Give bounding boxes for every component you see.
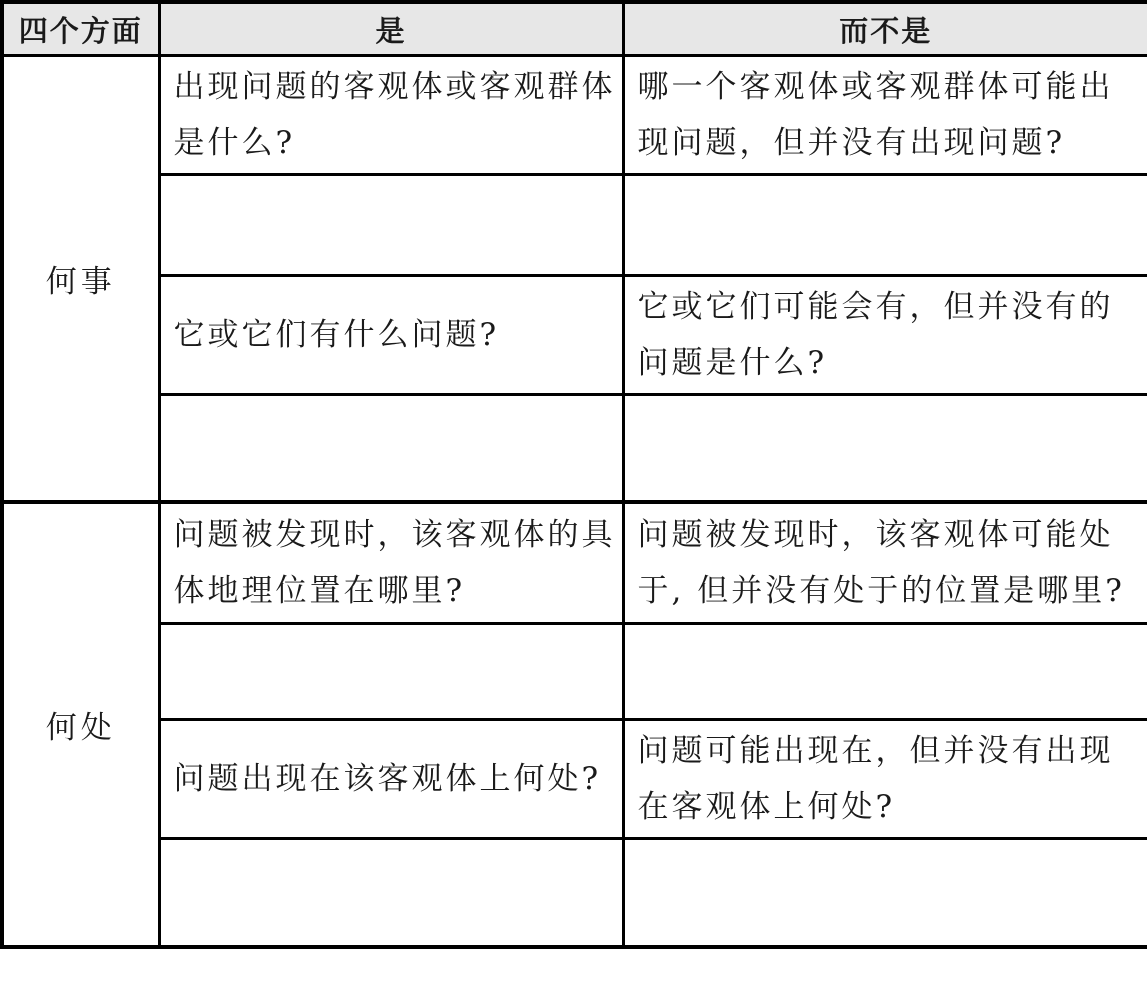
cell-where-is-2 (159, 624, 623, 720)
header-row: 四个方面 是 而不是 (2, 2, 1147, 56)
section-label-where: 何处 (2, 502, 159, 947)
cell-what-is-1: 出现问题的客观体或客观群体是什么? (159, 56, 623, 175)
cell-where-not-3: 问题可能出现在，但并没有出现在客观体上何处? (623, 720, 1147, 839)
header-aspect: 四个方面 (2, 2, 159, 56)
cell-where-not-2 (623, 624, 1147, 720)
cell-what-not-4 (623, 395, 1147, 502)
table-row (2, 395, 1147, 502)
cell-what-is-3: 它或它们有什么问题? (159, 276, 623, 395)
table-row: 问题出现在该客观体上何处? 问题可能出现在，但并没有出现在客观体上何处? (2, 720, 1147, 839)
four-aspects-table: 四个方面 是 而不是 何事 出现问题的客观体或客观群体是什么? 哪一个客观体或客… (0, 0, 1147, 949)
table-row: 它或它们有什么问题? 它或它们可能会有，但并没有的问题是什么? (2, 276, 1147, 395)
cell-where-is-4 (159, 839, 623, 947)
table-row (2, 839, 1147, 947)
cell-what-is-4 (159, 395, 623, 502)
cell-what-not-3: 它或它们可能会有，但并没有的问题是什么? (623, 276, 1147, 395)
cell-where-not-1: 问题被发现时，该客观体可能处于, 但并没有处于的位置是哪里? (623, 502, 1147, 624)
cell-what-not-1: 哪一个客观体或客观群体可能出现问题，但并没有出现问题? (623, 56, 1147, 175)
cell-what-is-2 (159, 175, 623, 276)
table-row (2, 624, 1147, 720)
header-not: 而不是 (623, 2, 1147, 56)
cell-where-is-1: 问题被发现时，该客观体的具体地理位置在哪里? (159, 502, 623, 624)
table-row (2, 175, 1147, 276)
table-row: 何事 出现问题的客观体或客观群体是什么? 哪一个客观体或客观群体可能出现问题，但… (2, 56, 1147, 175)
cell-where-is-3: 问题出现在该客观体上何处? (159, 720, 623, 839)
cell-what-not-2 (623, 175, 1147, 276)
header-is: 是 (159, 2, 623, 56)
section-label-what: 何事 (2, 56, 159, 502)
table-row: 何处 问题被发现时，该客观体的具体地理位置在哪里? 问题被发现时，该客观体可能处… (2, 502, 1147, 624)
cell-where-not-4 (623, 839, 1147, 947)
